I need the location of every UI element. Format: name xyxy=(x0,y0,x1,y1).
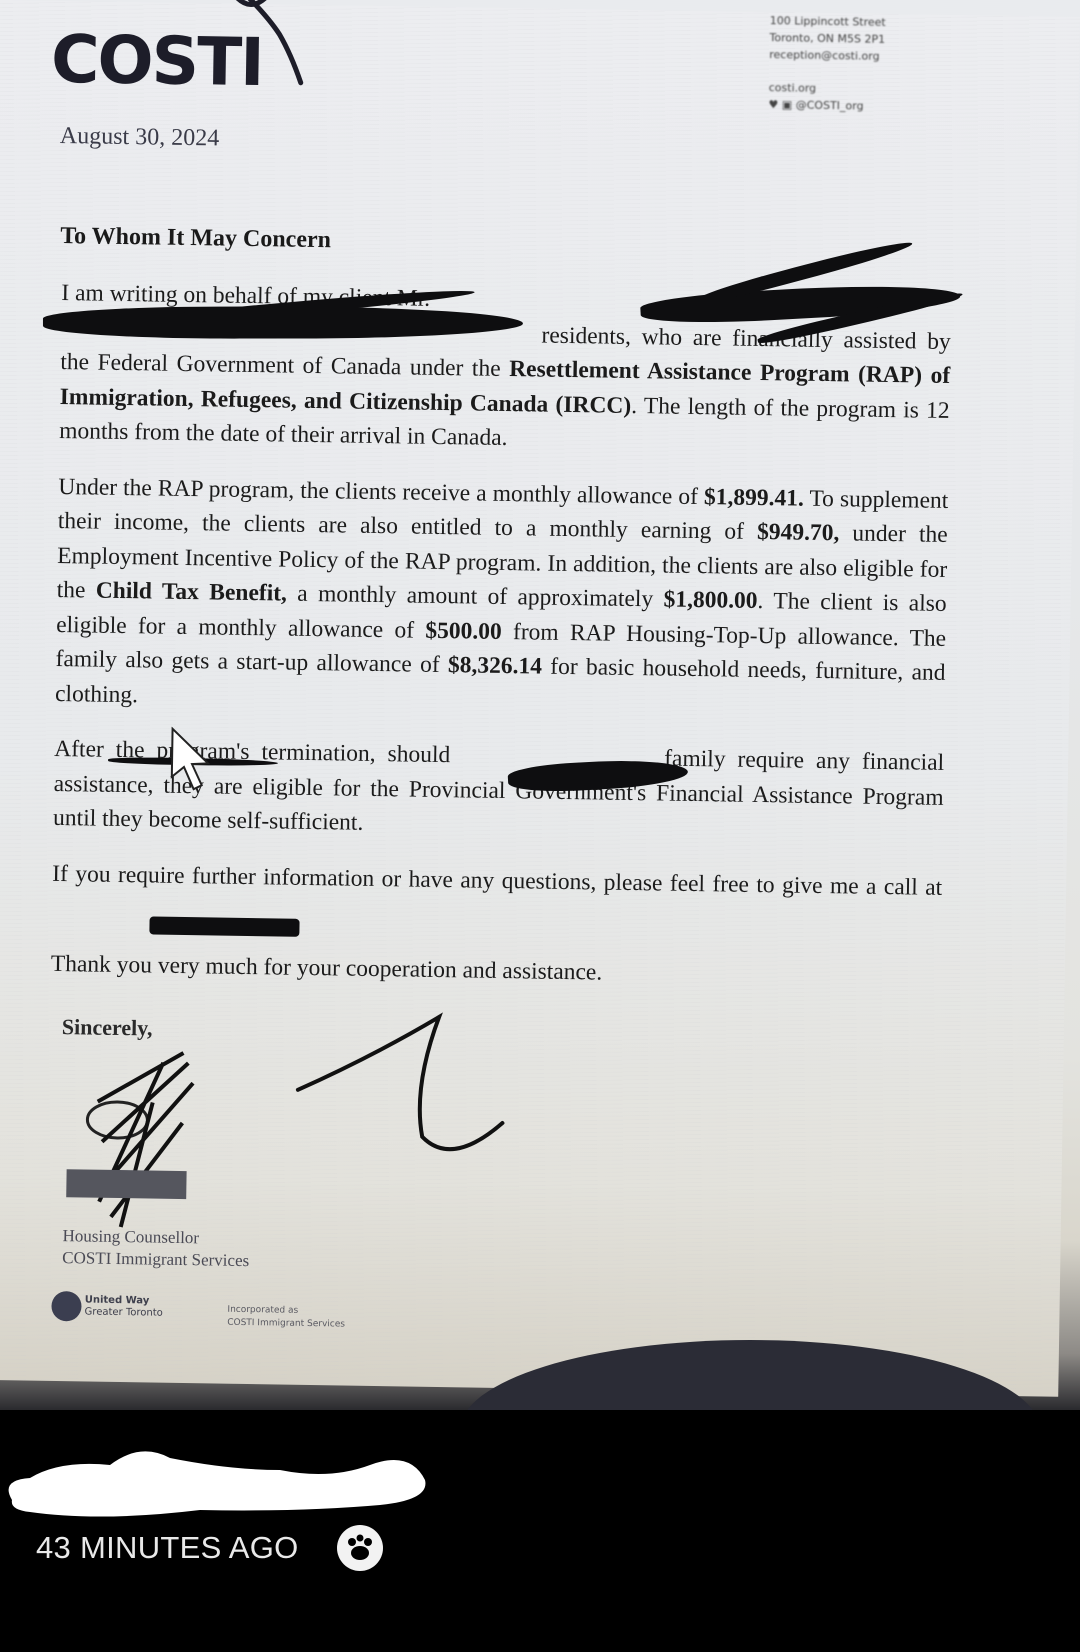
signer-title: Housing Counsellor COSTI Immigrant Servi… xyxy=(62,1225,250,1272)
united-way-logo: United Way Greater Toronto xyxy=(51,1291,163,1323)
story-overlay: 43 MINUTES AGO xyxy=(0,1410,1080,1652)
redacted-username xyxy=(0,1440,440,1520)
united-way-icon xyxy=(51,1291,81,1321)
photo-of-letter: COSTI 100 Lippincott Street Toronto, ON … xyxy=(0,0,1080,1410)
letter-page: COSTI 100 Lippincott Street Toronto, ON … xyxy=(0,0,1080,1397)
redaction-mark xyxy=(66,1169,186,1199)
incorporation-note: Incorporated as COSTI Immigrant Services xyxy=(227,1304,345,1332)
mouse-cursor-icon xyxy=(170,727,221,798)
post-timestamp: 43 MINUTES AGO xyxy=(36,1530,299,1566)
emoji-face-icon[interactable] xyxy=(337,1525,383,1571)
